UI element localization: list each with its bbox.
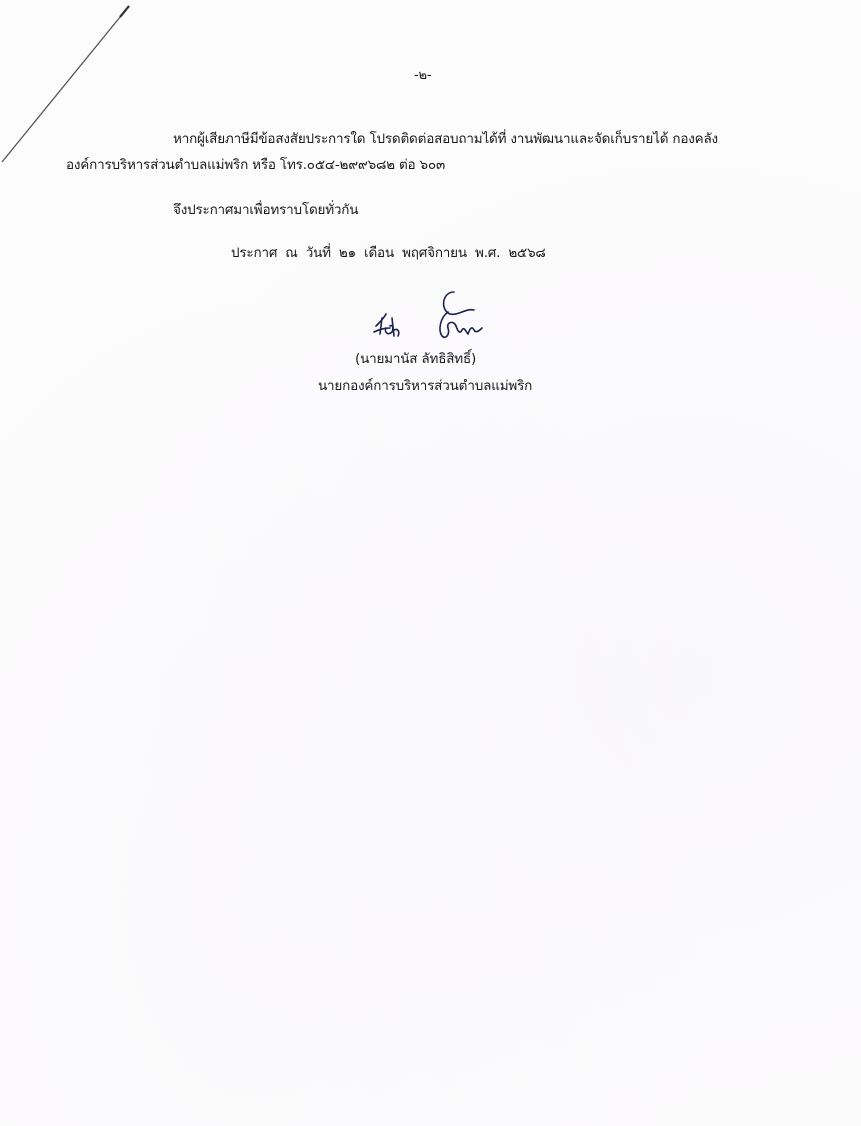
signer-title: นายกองค์การบริหารส่วนตำบลแม่พริก [318, 376, 532, 396]
inquiry-paragraph-line-1: หากผู้เสียภาษีมีข้อสงสัยประการใด โปรดติด… [173, 129, 718, 149]
signature-icon [362, 288, 492, 344]
fold-line-mark [0, 0, 140, 170]
document-page: -๒- หากผู้เสียภาษีมีข้อสงสัยประการใด โปร… [0, 0, 861, 1126]
signer-name: (นายมานัส ลัทธิสิทธิ์) [355, 349, 476, 369]
inquiry-paragraph-line-2: องค์การบริหารส่วนตำบลแม่พริก หรือ โทร.๐๕… [66, 155, 445, 175]
page-number: -๒- [414, 66, 431, 86]
closing-statement: จึงประกาศมาเพื่อทราบโดยทั่วกัน [173, 200, 358, 220]
announcement-date: ประกาศ ณ วันที่ ๒๑ เดือน พฤศจิกายน พ.ศ. … [231, 243, 546, 263]
